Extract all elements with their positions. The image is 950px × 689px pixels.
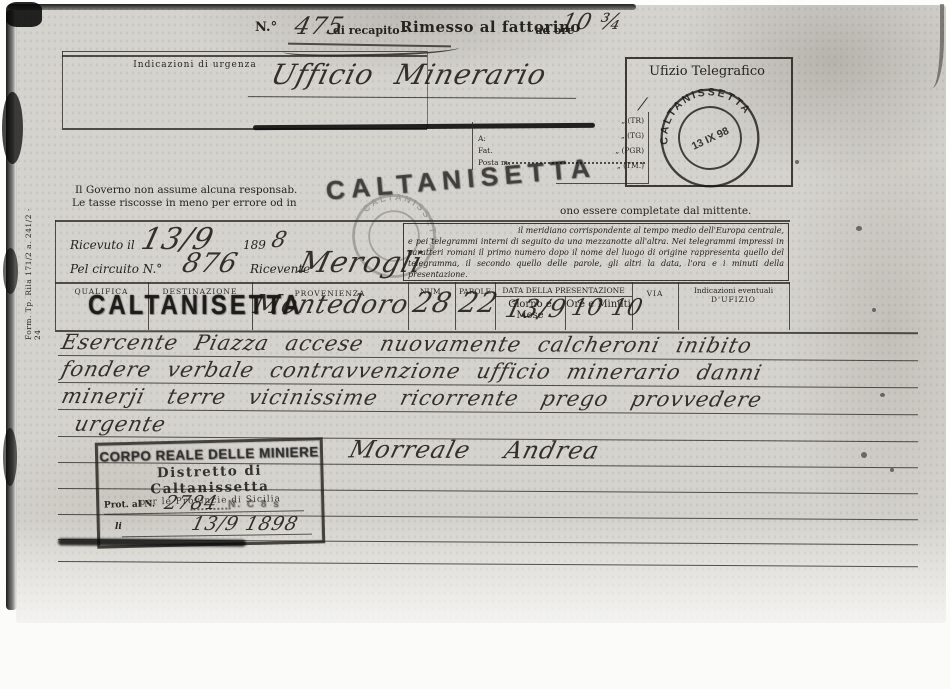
urgency-label: Indicazioni di urgenza: [90, 60, 300, 70]
form-number-label: N.°: [255, 20, 277, 35]
col-indicazioni-2: D'UFIZIO: [678, 295, 789, 304]
scan-speck: [795, 160, 799, 164]
scan-speck: [890, 468, 894, 472]
col-indicazioni-1: Indicazioni eventuali: [678, 286, 789, 295]
telegram-scan: N.° 475 di recapito - Rimesso al fattori…: [0, 0, 950, 689]
scan-edge-blob-2: [3, 248, 18, 294]
addressee-handwritten: Ufficio Minerario: [268, 58, 550, 91]
scan-speck: [880, 393, 885, 397]
num-value: 28: [410, 286, 456, 319]
signature: Morreale Andrea: [346, 435, 602, 464]
urgency-box-topline: [62, 51, 427, 52]
ore-value: 10 10: [569, 295, 646, 321]
prot-label: Prot. al N.: [104, 499, 155, 510]
parole-value: 22: [456, 286, 502, 319]
ad-ore-value: 10 ¾: [559, 10, 626, 35]
notice-right-fragment: ono essere completate dal mittente.: [560, 205, 751, 217]
form-left-border: [55, 220, 56, 330]
scan-speck: [861, 452, 867, 458]
telegraph-office-label: Ufizio Telegrafico: [630, 64, 784, 79]
fineprint-box: il meridiano corrispondente al tempo med…: [403, 223, 789, 281]
year-printed: 189: [243, 238, 266, 252]
prot-value: 2784: [162, 492, 220, 514]
urgency-box-top: [62, 55, 427, 57]
table-header-topline: [55, 282, 790, 284]
urgency-box-left: [62, 51, 63, 128]
printer-imprint: Form. Tp. Rila 171/2 a. 241/2 - 24: [24, 208, 42, 340]
ricevuto-label: Ricevuto il: [70, 238, 135, 252]
prot-extra-marks: N. C 8 s: [228, 499, 281, 510]
scan-edge-blob-3: [3, 428, 17, 486]
date-label: li: [115, 522, 122, 532]
notice-line-2: Le tasse riscosse in meno per errore od …: [72, 197, 297, 209]
scan-corner-blob: [6, 2, 42, 27]
date-value: 13/9 1898: [189, 513, 301, 535]
field-fat-label: Fat.: [478, 146, 493, 155]
abbrev-row: „ (TR): [586, 116, 644, 125]
message-line-3: minerji terre vicinissime ricorrente pre…: [59, 384, 765, 412]
postmark-date-text: 13 IX 98: [690, 125, 731, 153]
scan-edge-blob-1: [2, 92, 23, 164]
message-line-4: urgente: [72, 412, 168, 436]
scan-speck: [856, 226, 862, 231]
notice-line-1: Il Governo non assume alcuna responsab.: [75, 184, 297, 196]
fineprint-first-line: il meridiano corrispondente al tempo med…: [408, 225, 784, 236]
provenienza-value: Montedoro: [250, 290, 412, 320]
ink-smear: [58, 538, 246, 546]
scan-edge-top: [8, 4, 636, 10]
message-line-2: fondere verbale contravvenzione ufficio …: [59, 357, 765, 385]
fineprint-body: e pei telegrammi interni di seguito da u…: [408, 236, 784, 280]
table-right-border: [789, 282, 790, 330]
circuito-value: 876: [179, 248, 241, 279]
field-a-label: A:: [478, 134, 486, 143]
abbrev-divider: [648, 112, 649, 184]
abbrev-row: „ (TG): [586, 131, 644, 140]
scan-speck: [872, 308, 876, 312]
recapito-label: di recapito -: [333, 24, 408, 37]
circuito-label: Pel circuito N.°: [70, 262, 162, 276]
message-line-1: Esercente Piazza accese nuovamente calch…: [59, 330, 755, 358]
giorno-value: 13/9: [502, 294, 569, 323]
